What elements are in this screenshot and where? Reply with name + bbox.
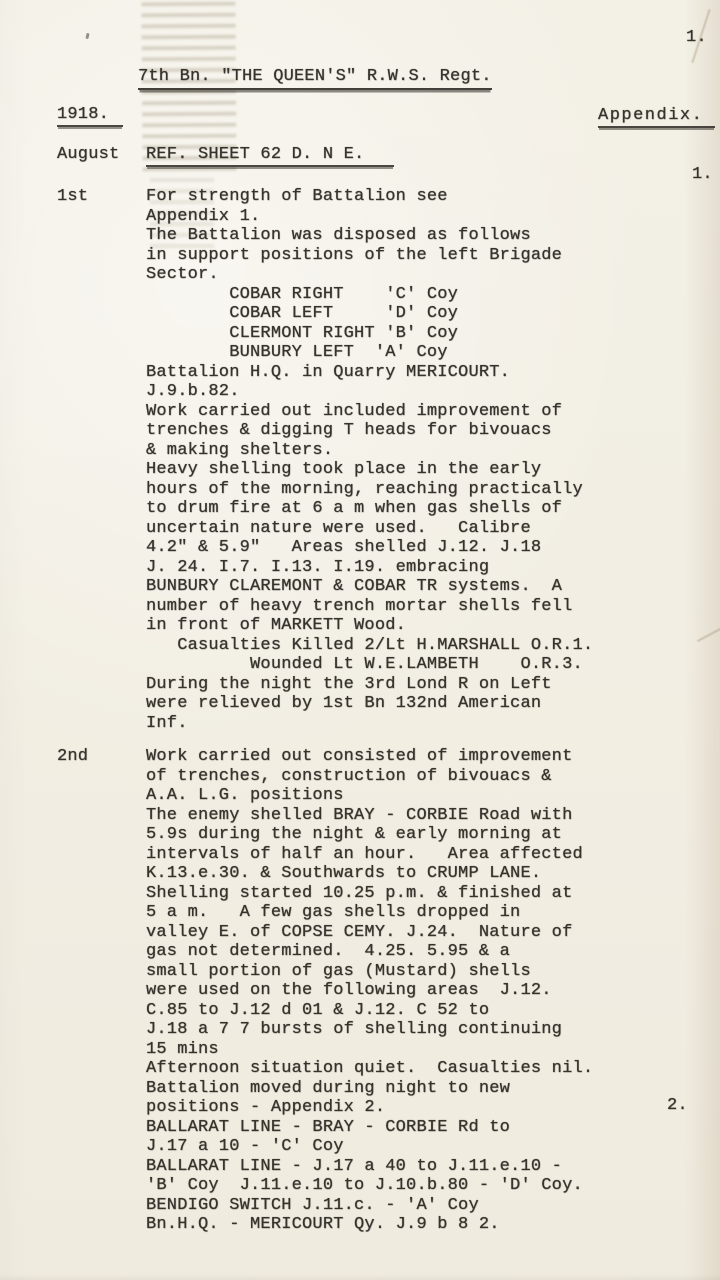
appendix-column-label: Appendix. [598,106,715,126]
ref-sheet-text: REF. SHEET 62 D. N E. [146,145,394,167]
paper-scratch [697,628,720,642]
ink-speck [85,33,89,39]
month-label: August [57,145,119,165]
entry-body: Work carried out consisted of improvemen… [146,747,593,1235]
document-title: 7th Bn. "THE QUEEN'S" R.W.S. Regt. [138,67,492,87]
document-page: 1. 7th Bn. "THE QUEEN'S" R.W.S. Regt. 19… [0,0,720,1280]
appendix-text: Appendix. [598,106,715,128]
ref-sheet-label: REF. SHEET 62 D. N E. [146,145,394,165]
entry-date: 1st [57,187,88,207]
paper-edge-shadow [0,1274,720,1280]
margin-ref-2: 2. [667,1096,688,1116]
margin-ref-1: 1. [692,165,713,185]
year-text: 1918. [57,105,123,127]
page-number: 1. [686,28,707,48]
entry-body: For strength of Battalion see Appendix 1… [146,187,593,733]
entry-date: 2nd [57,747,88,767]
year-label: 1918. [57,105,123,125]
document-title-text: 7th Bn. "THE QUEEN'S" R.W.S. Regt. [138,67,492,90]
